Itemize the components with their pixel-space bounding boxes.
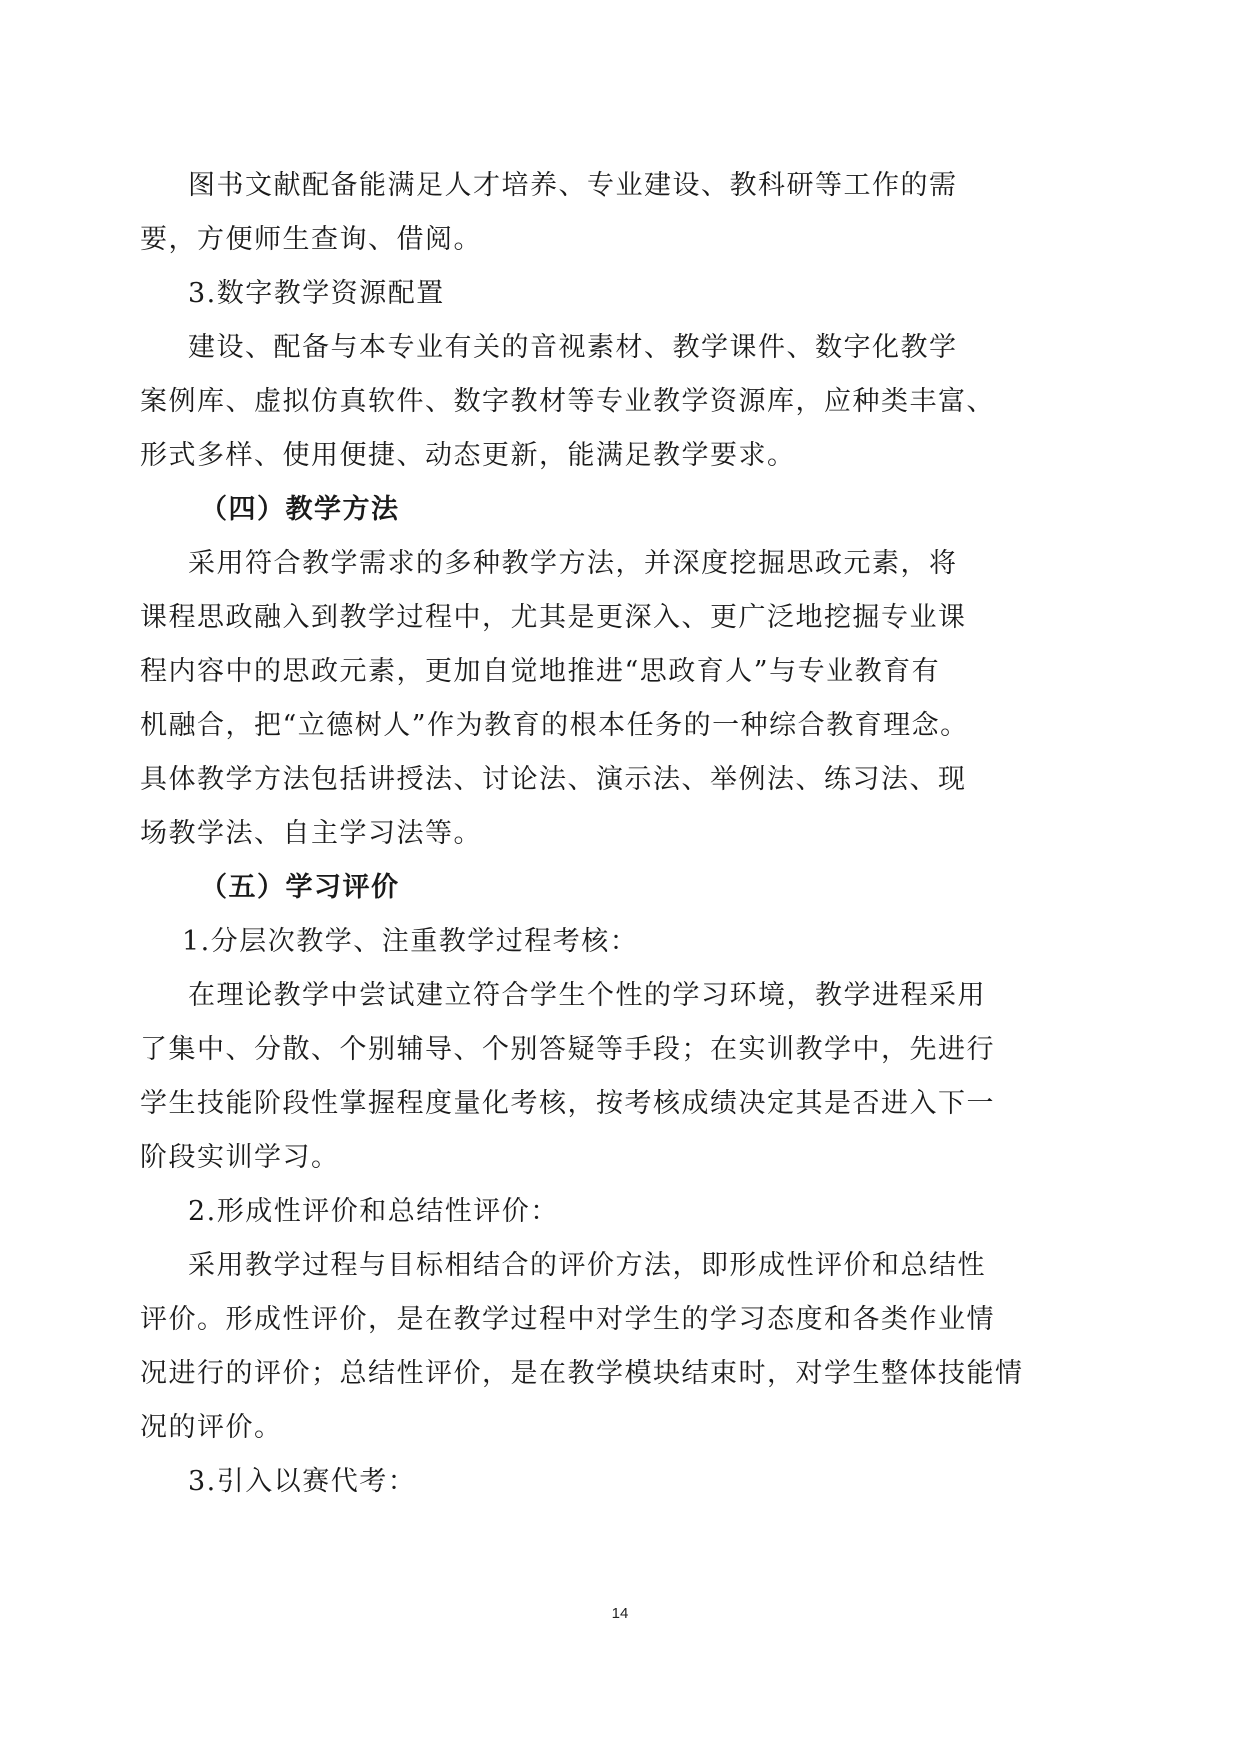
text-line: 采用教学过程与目标相结合的评价方法，即形成性评价和总结性 — [188, 1248, 986, 1284]
text-line: 在理论教学中尝试建立符合学生个性的学习环境，教学进程采用 — [188, 978, 986, 1014]
text-line: 场教学法、自主学习法等。 — [140, 816, 482, 852]
text-line: 评价。形成性评价，是在教学过程中对学生的学习态度和各类作业情 — [140, 1302, 995, 1338]
text-line: 采用符合教学需求的多种教学方法，并深度挖掘思政元素，将 — [188, 546, 958, 582]
text-line: 况进行的评价；总结性评价，是在教学模块结束时，对学生整体技能情 — [140, 1356, 1024, 1392]
text-line: 建设、配备与本专业有关的音视素材、教学课件、数字化教学 — [188, 330, 958, 366]
document-page: 图书文献配备能满足人才培养、专业建设、教科研等工作的需要，方便师生查询、借阅。3… — [0, 0, 1240, 1753]
text-line: 了集中、分散、个别辅导、个别答疑等手段；在实训教学中，先进行 — [140, 1032, 995, 1068]
text-line: 课程思政融入到教学过程中，尤其是更深入、更广泛地挖掘专业课 — [140, 600, 967, 636]
text-line: 案例库、虚拟仿真软件、数字教材等专业教学资源库，应种类丰富、 — [140, 384, 995, 420]
text-line: 阶段实训学习。 — [140, 1140, 340, 1176]
text-line: 学生技能阶段性掌握程度量化考核，按考核成绩决定其是否进入下一 — [140, 1086, 995, 1122]
text-line: 况的评价。 — [140, 1410, 283, 1446]
text-line: 程内容中的思政元素，更加自觉地推进“思政育人”与专业教育有 — [140, 654, 940, 690]
text-line: 2.形成性评价和总结性评价： — [188, 1194, 559, 1230]
page-number: 14 — [0, 1605, 1240, 1622]
text-line: 1.分层次教学、注重教学过程考核： — [182, 924, 638, 960]
section-heading: （五）学习评价 — [200, 870, 400, 906]
text-line: 机融合，把“立德树人”作为教育的根本任务的一种综合教育理念。 — [140, 708, 969, 744]
section-heading: （四）教学方法 — [200, 492, 400, 528]
text-line: 图书文献配备能满足人才培养、专业建设、教科研等工作的需 — [188, 168, 958, 204]
text-line: 具体教学方法包括讲授法、讨论法、演示法、举例法、练习法、现 — [140, 762, 967, 798]
text-line: 3.引入以赛代考： — [188, 1464, 416, 1500]
text-line: 要，方便师生查询、借阅。 — [140, 222, 482, 258]
text-line: 形式多样、使用便捷、动态更新，能满足教学要求。 — [140, 438, 796, 474]
text-line: 3.数字教学资源配置 — [188, 276, 445, 312]
